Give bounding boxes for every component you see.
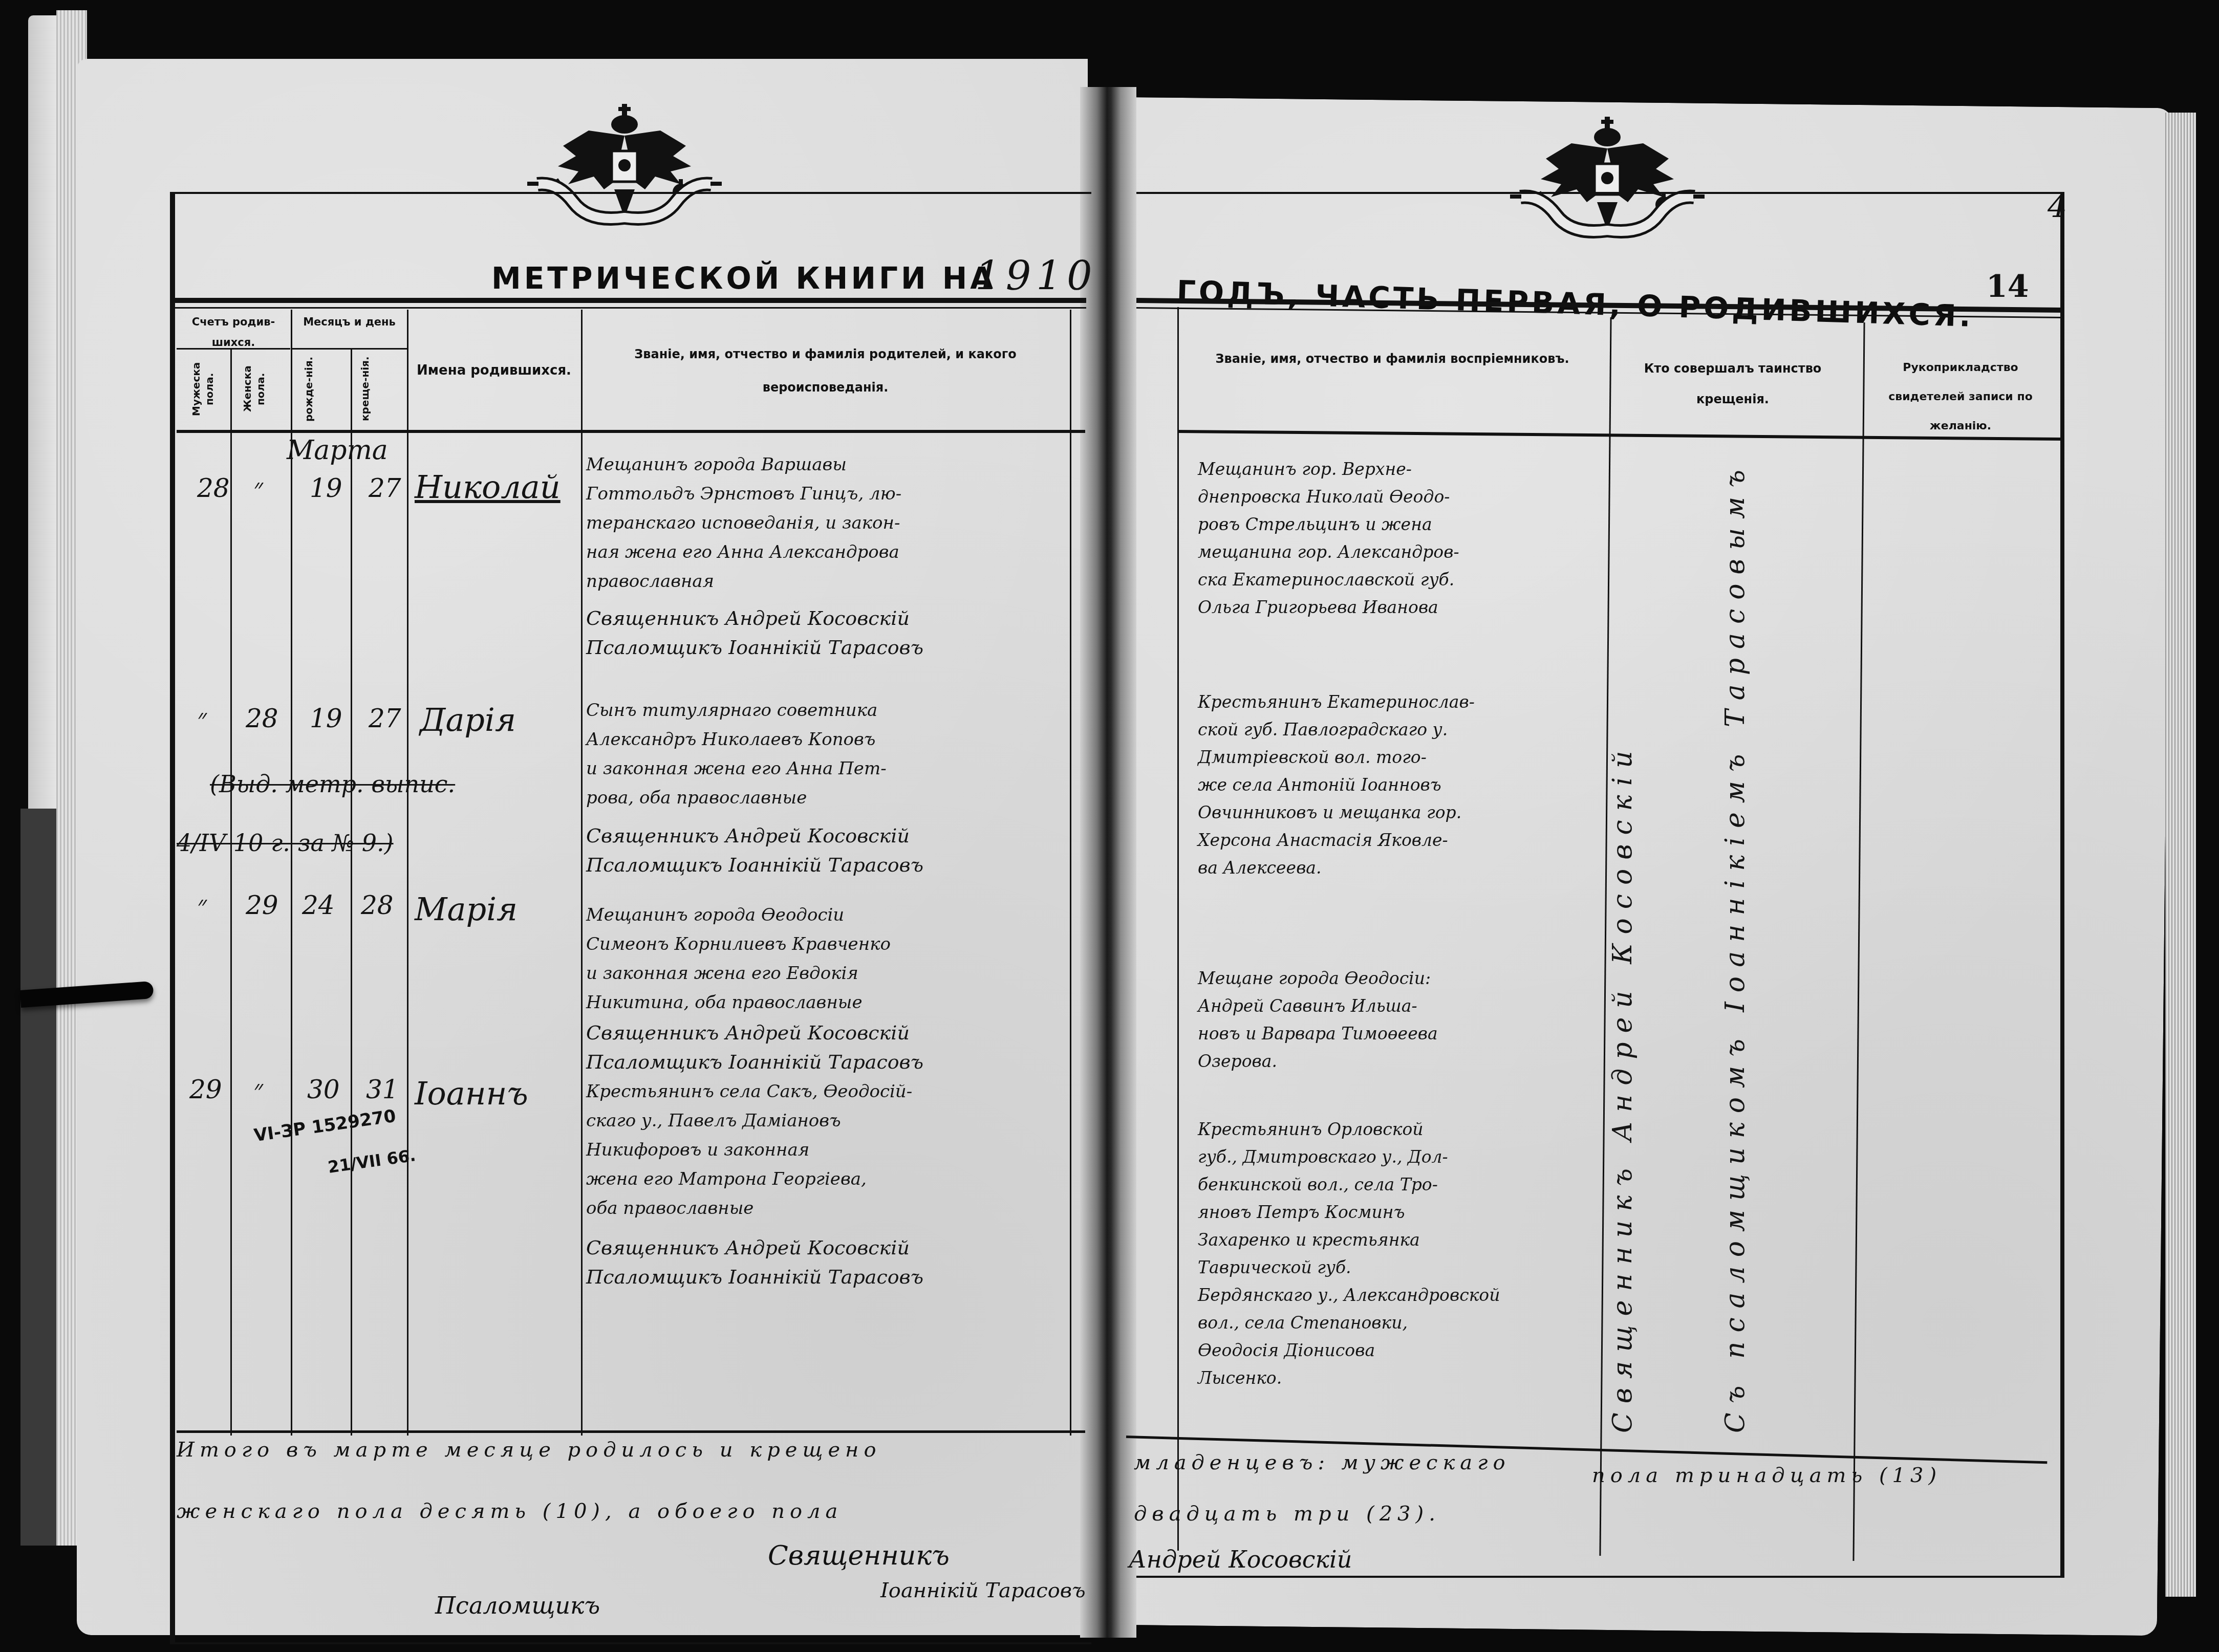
- header-male: Мужеска пола.: [189, 353, 230, 425]
- parents-text: Сынъ титулярнаго советника Александръ Ни…: [586, 696, 1072, 813]
- signature-clerk-label: Псаломщикъ: [435, 1592, 600, 1619]
- col-divider: [351, 348, 352, 1436]
- parents-text: Крестьянинъ села Сакъ, Өеодосій- скаго у…: [586, 1077, 1072, 1223]
- child-name: Дарія: [420, 701, 516, 738]
- totals-line-1-right: младенцевъ: мужескаго: [1134, 1451, 1511, 1474]
- performed-by-vertical: Священникъ Андрей Косовскій: [1607, 450, 1638, 1433]
- signature-clerk-first-name: Іоаннікій Тарасовъ: [880, 1579, 1086, 1602]
- male-count: ״: [197, 704, 207, 733]
- header-female: Женска пола.: [241, 353, 287, 425]
- female-count: 28: [246, 704, 278, 733]
- header-month-day-group: Месяцъ и день: [292, 312, 407, 333]
- baptism-day: 27: [369, 704, 401, 733]
- birth-day: 19: [310, 704, 342, 733]
- totals-line-1-left: Итого въ марте месяце родилось и крещено: [177, 1438, 881, 1462]
- parents-text: Мещанинъ города Варшавы Готтольдъ Эрнсто…: [586, 450, 1072, 596]
- male-count: 28: [197, 473, 230, 503]
- signature-priest-name: Андрей Косовскій: [1129, 1546, 1352, 1573]
- clergy-signatures: Священникъ Андрей Косовскій Псаломщикъ І…: [586, 1233, 1072, 1292]
- godparents-text: Крестьянинъ Орловской губ., Дмитровскаго…: [1198, 1116, 1607, 1392]
- totals-line-2-right: двадцать три (23).: [1134, 1502, 1440, 1526]
- female-count: 29: [246, 890, 278, 920]
- header-top-rule: [170, 298, 1086, 303]
- header-performed-by: Кто совершалъ таинство крещенія.: [1610, 353, 1856, 415]
- male-count: ״: [197, 890, 207, 920]
- margin-note-issue: 4/IV 10 г. за № 9.): [177, 829, 394, 857]
- header-names: Имена родившихся.: [410, 358, 578, 383]
- header-witness-signatures: Рукоприкладство свидетелей записи по жел…: [1863, 353, 2058, 441]
- col-divider: [407, 310, 408, 1436]
- col-divider: [230, 348, 232, 1436]
- subheader-rule: [292, 348, 407, 350]
- birth-day: 24: [302, 890, 335, 920]
- totals-line-2-left: женскаго пола десять (10), а обоего пола: [177, 1499, 843, 1523]
- witness-signatures-vertical: Съ псаломщикомъ Іоаннікіемъ Тарасовымъ: [1720, 450, 1751, 1433]
- birth-day: 30: [307, 1075, 340, 1104]
- month-label: Марта: [287, 435, 388, 466]
- clergy-signatures: Священникъ Андрей Косовскій Псаломщикъ І…: [586, 821, 1072, 880]
- header-count-group: Счетъ родив-шихся.: [177, 312, 290, 353]
- birth-day: 19: [310, 473, 342, 503]
- totals-line-right-col: пола тринадцать (13): [1592, 1464, 1942, 1487]
- baptism-day: 27: [369, 473, 401, 503]
- col-divider: [581, 310, 583, 1436]
- baptism-day: 31: [366, 1075, 399, 1104]
- header-baptism: креще-нія.: [358, 353, 404, 425]
- parents-text: Мещанинъ города Өеодосіи Симеонъ Корнили…: [586, 901, 1072, 1017]
- godparents-text: Мещанинъ гор. Верхне- днепровска Николай…: [1198, 455, 1607, 621]
- header-birth: рожде-нія.: [302, 353, 348, 425]
- right-page-stack-edge: [2165, 113, 2196, 1597]
- header-bottom-rule: [177, 430, 1085, 433]
- godparents-text: Мещане города Өеодосіи: Андрей Саввинъ И…: [1198, 965, 1607, 1075]
- col-divider: [291, 310, 292, 1436]
- child-name: Марія: [415, 890, 518, 928]
- col-divider: [1177, 307, 1179, 1551]
- header-parents: Званіе, имя, отчество и фамилія родителе…: [584, 338, 1067, 404]
- female-count: ״: [253, 1075, 263, 1104]
- margin-note-struck: (Выд. метр. выпис.: [210, 770, 455, 798]
- header-godparents: Званіе, имя, отчество и фамилія воспріем…: [1182, 343, 1602, 375]
- male-count: 29: [189, 1075, 222, 1104]
- clergy-signatures: Священникъ Андрей Косовскій Псаломщикъ І…: [586, 604, 1072, 662]
- header-top-rule-thin: [170, 307, 1086, 309]
- godparents-text: Крестьянинъ Екатеринослав- ской губ. Пав…: [1198, 688, 1607, 882]
- clergy-signatures: Священникъ Андрей Косовскій Псаломщикъ І…: [586, 1018, 1072, 1077]
- female-count: ״: [253, 473, 263, 503]
- totals-rule: [177, 1430, 1085, 1433]
- child-name: Николай: [415, 468, 561, 506]
- baptism-day: 28: [361, 890, 394, 920]
- signature-priest-label: Священникъ: [768, 1540, 950, 1571]
- child-name: Іоаннъ: [415, 1075, 528, 1112]
